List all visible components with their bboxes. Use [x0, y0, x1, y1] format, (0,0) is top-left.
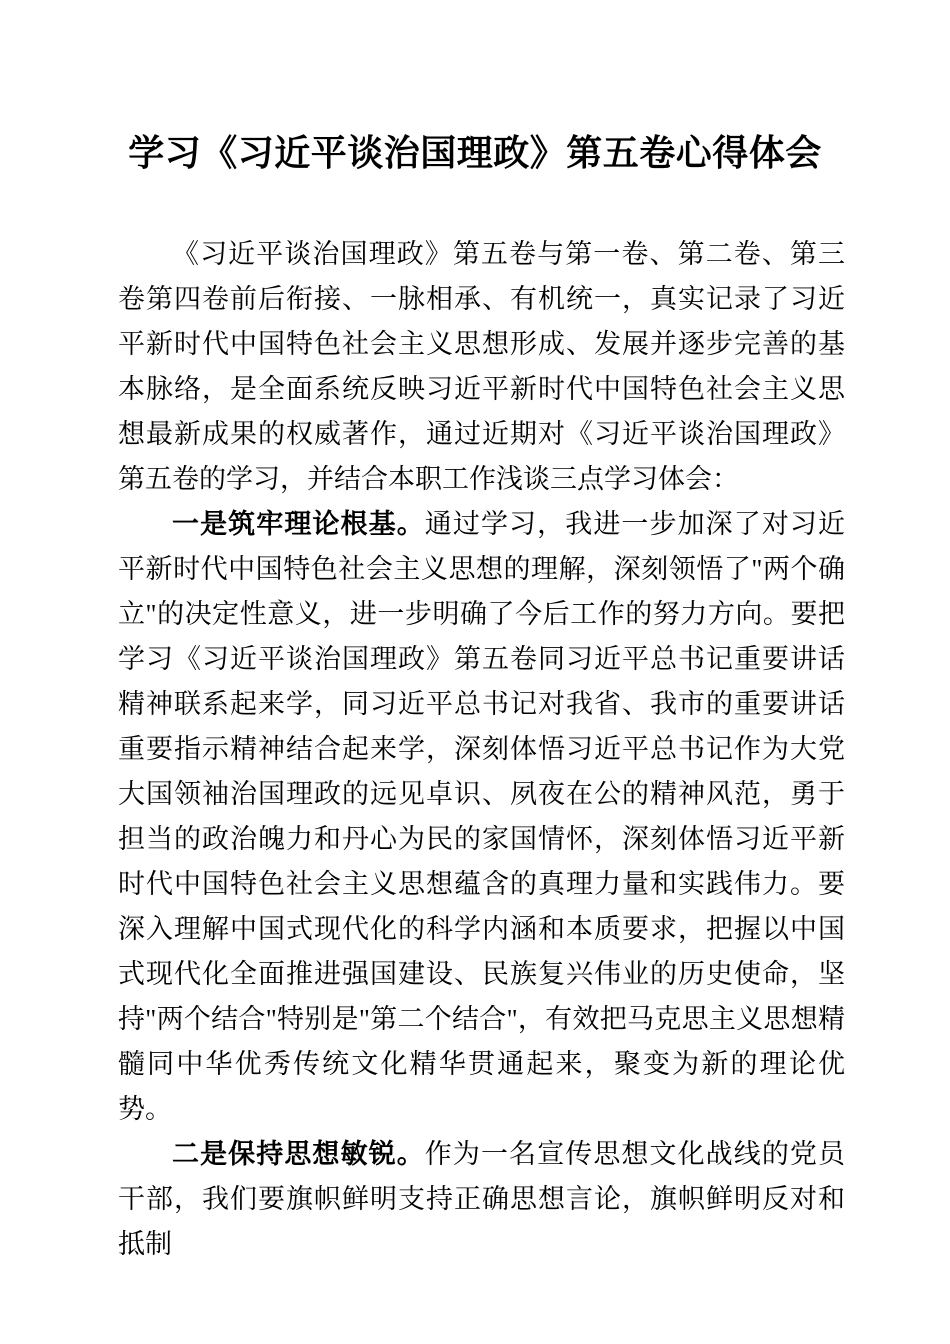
- paragraph-intro: 《习近平谈治国理政》第五卷与第一卷、第二卷、第三卷第四卷前后衔接、一脉相承、有机…: [118, 232, 845, 502]
- paragraph-point-one-lead: 一是筑牢理论根基。: [172, 509, 425, 539]
- paragraph-point-one-text: 通过学习，我进一步加深了对习近平新时代中国特色社会主义思想的理解，深刻领悟了"两…: [118, 509, 845, 1124]
- page-title: 学习《习近平谈治国理政》第五卷心得体会: [70, 130, 880, 177]
- paragraph-point-two-lead: 二是保持思想敏锐。: [172, 1139, 425, 1169]
- document-page: 学习《习近平谈治国理政》第五卷心得体会 《习近平谈治国理政》第五卷与第一卷、第二…: [0, 0, 950, 1344]
- paragraph-point-one: 一是筑牢理论根基。通过学习，我进一步加深了对习近平新时代中国特色社会主义思想的理…: [118, 502, 845, 1132]
- paragraph-intro-text: 《习近平谈治国理政》第五卷与第一卷、第二卷、第三卷第四卷前后衔接、一脉相承、有机…: [118, 239, 845, 494]
- paragraph-point-two: 二是保持思想敏锐。作为一名宣传思想文化战线的党员干部，我们要旗帜鲜明支持正确思想…: [118, 1132, 845, 1267]
- document-body: 《习近平谈治国理政》第五卷与第一卷、第二卷、第三卷第四卷前后衔接、一脉相承、有机…: [118, 232, 845, 1267]
